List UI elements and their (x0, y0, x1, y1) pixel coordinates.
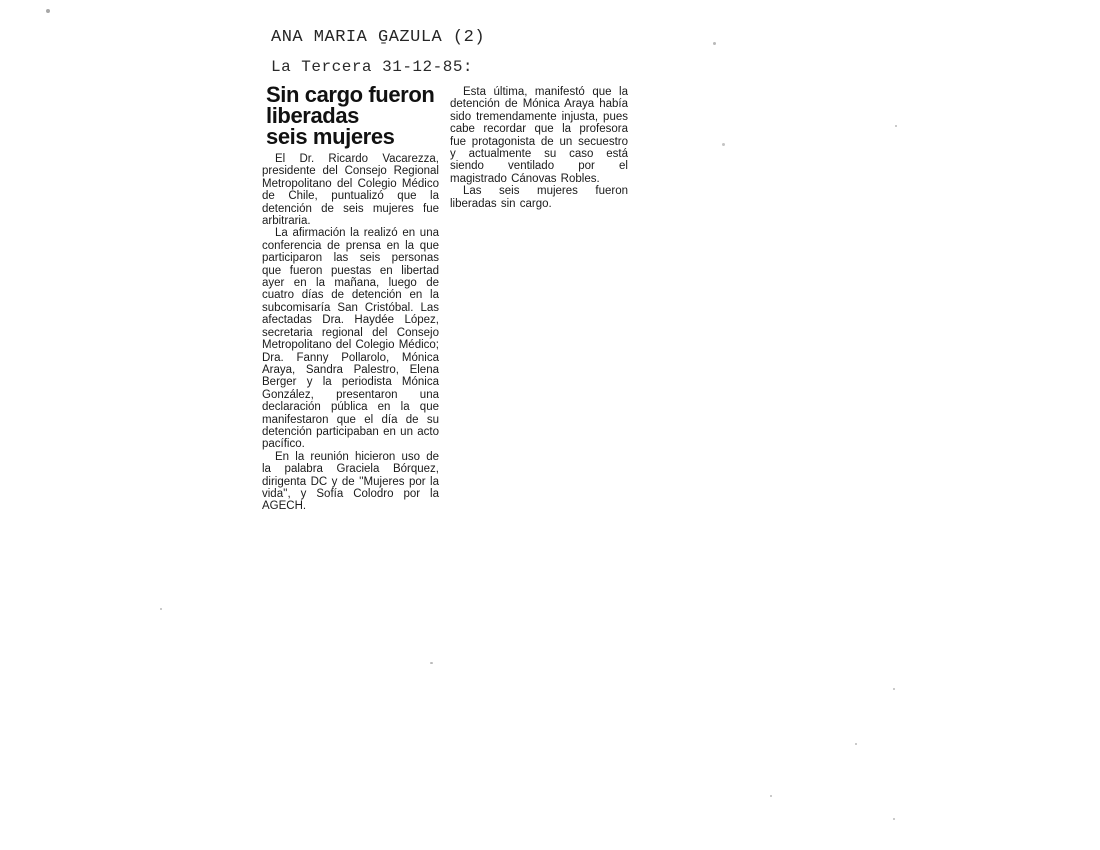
article-column-right: Esta última, manifestó que la detención … (450, 84, 628, 513)
typed-annotation-author: ANA MARIA G̱AZULA (2) (271, 27, 485, 48)
newspaper-clipping: Sin cargo fueron liberadas seis mujeres … (262, 84, 630, 513)
scan-artifact (160, 608, 162, 610)
scan-artifact (895, 125, 897, 127)
headline-line-2: liberadas (266, 105, 439, 126)
article-paragraph: En la reunión hicieron uso de la palabra… (262, 451, 439, 513)
article-headline: Sin cargo fueron liberadas seis mujeres (262, 84, 439, 147)
scan-artifact (855, 743, 857, 745)
article-paragraph: Esta última, manifestó que la detención … (450, 86, 628, 185)
scan-artifact (713, 42, 716, 45)
article-column-left: Sin cargo fueron liberadas seis mujeres … (262, 84, 439, 513)
article-paragraph: El Dr. Ricardo Vacarezza, presidente del… (262, 153, 439, 227)
scan-artifact (893, 818, 895, 820)
article-body-left: El Dr. Ricardo Vacarezza, presidente del… (262, 153, 439, 513)
typed-annotation-source: La Tercera 31-12-85: (271, 57, 473, 77)
scan-page: ANA MARIA G̱AZULA (2) La Tercera 31-12-8… (0, 0, 1100, 850)
scan-artifact (46, 9, 50, 13)
headline-line-3: seis mujeres (266, 126, 439, 147)
article-paragraph: Las seis mujeres fueron liberadas sin ca… (450, 185, 628, 210)
headline-line-1: Sin cargo fueron (266, 84, 439, 105)
article-paragraph: La afirmación la realizó en una conferen… (262, 227, 439, 450)
scan-artifact (770, 795, 772, 797)
scan-artifact (430, 662, 433, 664)
scan-artifact (722, 143, 725, 146)
scan-artifact (893, 688, 895, 690)
